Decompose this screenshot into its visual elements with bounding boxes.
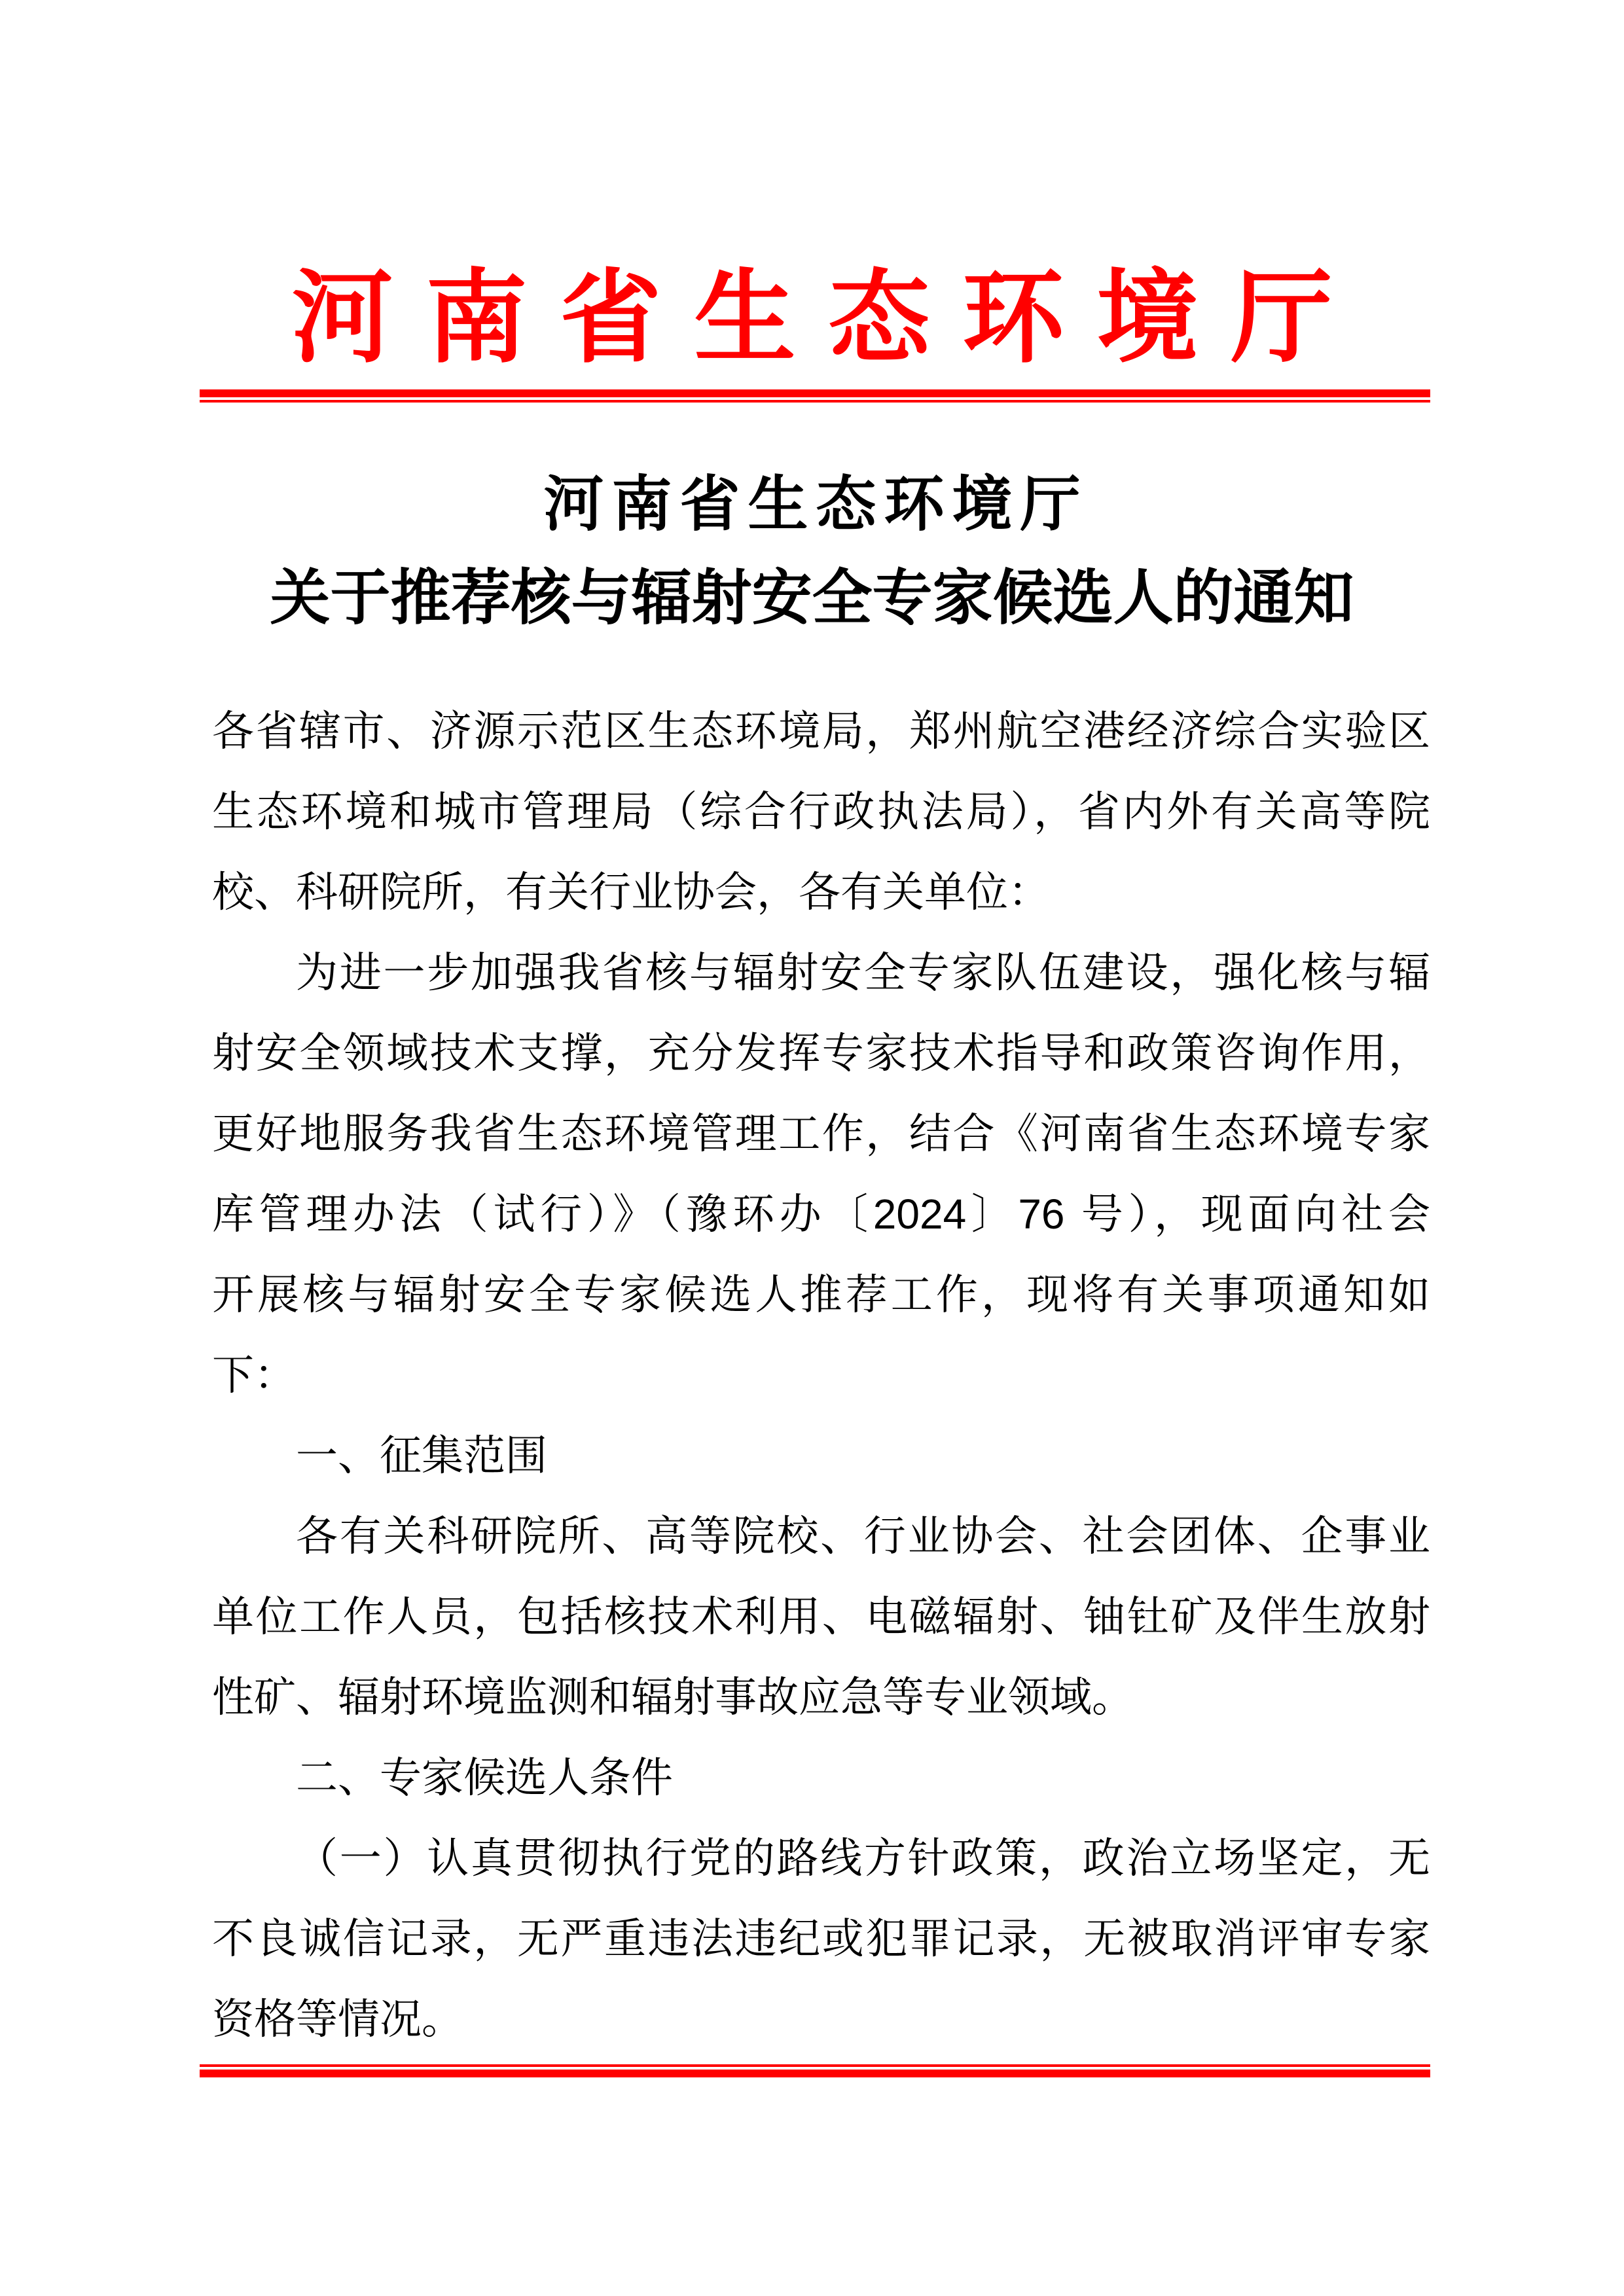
- body-line: 校、科研院所，有关行业协会，各有关单位：: [212, 852, 1430, 933]
- body-line: 下：: [212, 1335, 1430, 1416]
- body-line: 单位工作人员，包括核技术利用、电磁辐射、铀钍矿及伴生放射: [212, 1577, 1430, 1657]
- body-line: 生态环境和城市管理局（综合行政执法局），省内外有关高等院: [212, 772, 1430, 852]
- body-line: 射安全领域技术支撑，充分发挥专家技术指导和政策咨询作用，: [212, 1013, 1430, 1094]
- document-body: 各省辖市、济源示范区生态环境局，郑州航空港经济综合实验区 生态环境和城市管理局（…: [212, 691, 1430, 2060]
- section-heading: 二、专家候选人条件: [212, 1738, 1430, 1818]
- body-line: 性矿、辐射环境监测和辐射事故应急等专业领域。: [212, 1657, 1430, 1738]
- body-line: 资格等情况。: [212, 1979, 1430, 2060]
- body-line: （一）认真贯彻执行党的路线方针政策，政治立场坚定，无: [212, 1818, 1430, 1899]
- body-line: 开展核与辐射安全专家候选人推荐工作，现将有关事项通知如: [212, 1255, 1430, 1335]
- document-title-line1: 河南省生态环境厅: [0, 462, 1624, 547]
- body-line: 各省辖市、济源示范区生态环境局，郑州航空港经济综合实验区: [212, 691, 1430, 772]
- body-line: 各有关科研院所、高等院校、行业协会、社会团体、企事业: [212, 1496, 1430, 1577]
- document-title-line2: 关于推荐核与辐射安全专家候选人的通知: [0, 556, 1624, 641]
- body-line: 为进一步加强我省核与辐射安全专家队伍建设，强化核与辐: [212, 933, 1430, 1013]
- body-line: 更好地服务我省生态环境管理工作，结合《河南省生态环境专家: [212, 1094, 1430, 1174]
- header-rule-thick-line: [200, 389, 1430, 397]
- body-line: 库管理办法（试行）》（豫环办〔2024〕76 号），现面向社会: [212, 1174, 1430, 1255]
- letterhead-agency-title: 河南省生态环境厅: [0, 262, 1624, 376]
- body-line: 不良诚信记录，无严重违法违纪或犯罪记录，无被取消评审专家: [212, 1899, 1430, 1979]
- section-heading: 一、征集范围: [212, 1416, 1430, 1496]
- header-rule-thin-line: [200, 400, 1430, 403]
- document-page: 河南省生态环境厅 河南省生态环境厅 关于推荐核与辐射安全专家候选人的通知 各省辖…: [0, 0, 1624, 2296]
- footer-rule-thin-line: [200, 2064, 1430, 2067]
- footer-rule-thick-line: [200, 2070, 1430, 2077]
